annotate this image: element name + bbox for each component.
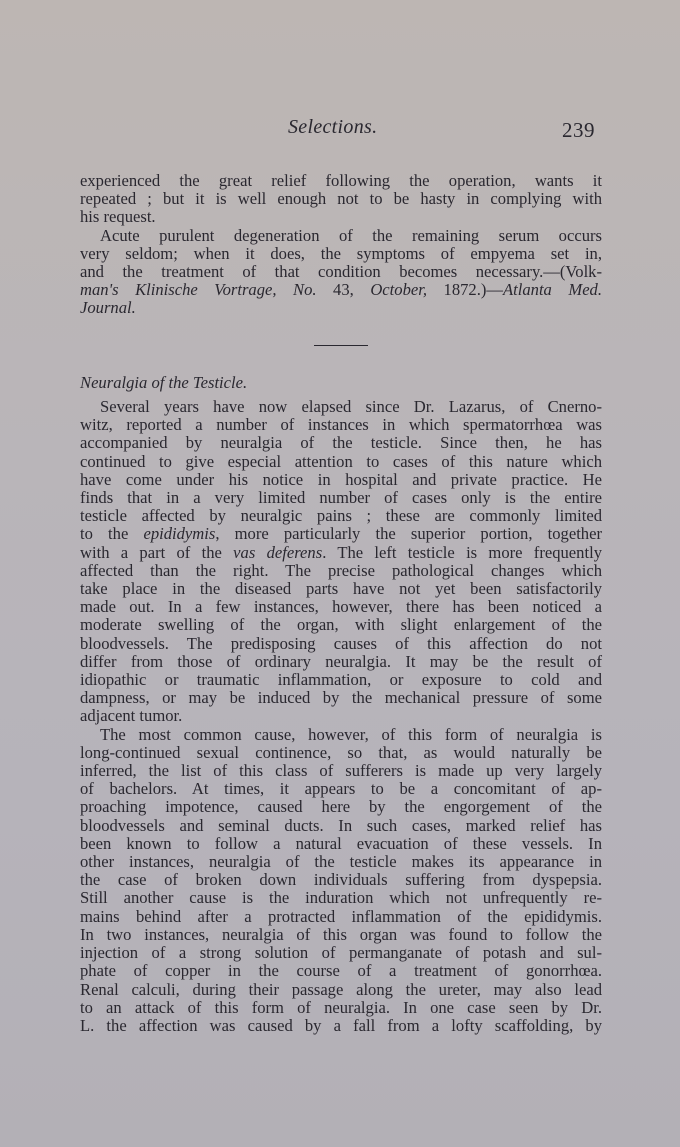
citation-number: 43, — [317, 280, 371, 299]
text-line: accompanied by neuralgia of the testicle… — [80, 434, 602, 452]
text-line: with a part of the vas deferens. The lef… — [80, 544, 602, 562]
italic-term: vas deferens — [233, 543, 322, 562]
text-line: continued to give especial attention to … — [80, 453, 602, 471]
running-title: Selections. — [288, 116, 377, 139]
text-line: affected than the right. The precise pat… — [80, 562, 602, 580]
text-line: bloodvessels and seminal ducts. In such … — [80, 817, 602, 835]
text-line: been known to follow a natural evacuatio… — [80, 835, 602, 853]
text-line: very seldom; when it does, the symptoms … — [80, 245, 602, 263]
citation-line: man's Klinische Vortrage, No. 43, Octobe… — [80, 281, 602, 299]
text-line: testicle affected by neuralgic pains ; t… — [80, 507, 602, 525]
text-line: take place in the diseased parts have no… — [80, 580, 602, 598]
text-line: mains behind after a protracted inflamma… — [80, 908, 602, 926]
text-line: of bachelors. At times, it appears to be… — [80, 780, 602, 798]
text-line: Still another cause is the induration wh… — [80, 889, 602, 907]
citation-journal-cont: Journal. — [80, 298, 136, 317]
text-line: have come under his notice in hospital a… — [80, 471, 602, 489]
text-line: differ from those of ordinary neuralgia.… — [80, 653, 602, 671]
text-line: injection of a strong solution of perman… — [80, 944, 602, 962]
continued-article: experienced the great relief following t… — [80, 172, 602, 318]
text-line: Renal calculi, during their passage alon… — [80, 981, 602, 999]
citation-line: Journal. — [80, 299, 602, 317]
page-number: 239 — [562, 118, 595, 143]
text-line: In two instances, neuralgia of this orga… — [80, 926, 602, 944]
paragraph-empyema: Acute purulent degeneration of the remai… — [80, 227, 602, 318]
text-line: and the treatment of that condition beco… — [80, 263, 602, 281]
citation-year: 1872.)— — [427, 280, 503, 299]
text-line: adjacent tumor. — [80, 707, 602, 725]
text-line: other instances, neuralgia of the testic… — [80, 853, 602, 871]
text-line: phate of copper in the course of a treat… — [80, 962, 602, 980]
text-line: proaching impotence, caused here by the … — [80, 798, 602, 816]
text-line: The most common cause, however, of this … — [80, 726, 602, 744]
text-line: long-continued sexual continence, so tha… — [80, 744, 602, 762]
text-line: Acute purulent degeneration of the remai… — [80, 227, 602, 245]
text-line: finds that in a very limited number of c… — [80, 489, 602, 507]
text-line: repeated ; but it is well enough not to … — [80, 190, 602, 208]
text-line: his request. — [80, 208, 602, 226]
section-body: Several years have now elapsed since Dr.… — [80, 398, 602, 1035]
text-line: bloodvessels. The predisposing causes of… — [80, 635, 602, 653]
text-line: to an attack of this form of neuralgia. … — [80, 999, 602, 1017]
citation-month: October, — [370, 280, 427, 299]
text-line: to the epididymis, more particularly the… — [80, 525, 602, 543]
text-line: L. the affection was caused by a fall fr… — [80, 1017, 602, 1035]
text-line: witz, reported a number of instances in … — [80, 416, 602, 434]
text-line: the case of broken down individuals suff… — [80, 871, 602, 889]
section-heading: Neuralgia of the Testicle. — [80, 373, 247, 393]
citation-source: man's Klinische Vortrage, No. — [80, 280, 317, 299]
text-line: idiopathic or traumatic inflammation, or… — [80, 671, 602, 689]
text-line: experienced the great relief following t… — [80, 172, 602, 190]
paragraph-continued: experienced the great relief following t… — [80, 172, 602, 227]
text-line: dampness, or may be induced by the mecha… — [80, 689, 602, 707]
running-head: Selections. 239 — [0, 116, 680, 142]
text-line: Several years have now elapsed since Dr.… — [80, 398, 602, 416]
italic-term: epididymis — [143, 524, 215, 543]
text-line: moderate swelling of the organ, with sli… — [80, 616, 602, 634]
scanned-page: Selections. 239 experienced the great re… — [0, 0, 680, 1147]
citation-journal: Atlanta Med. — [503, 280, 602, 299]
section-divider — [314, 345, 368, 346]
text-line: inferred, the list of this class of suff… — [80, 762, 602, 780]
text-line: made out. In a few instances, however, t… — [80, 598, 602, 616]
